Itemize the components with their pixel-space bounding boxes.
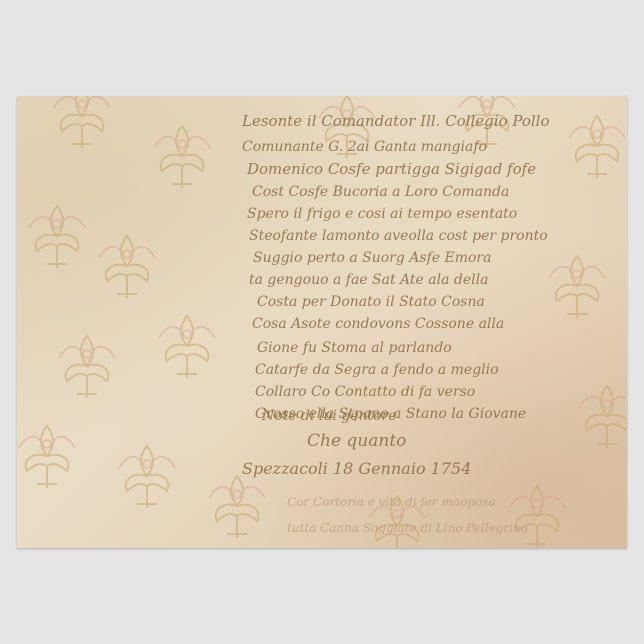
script-line: Cor Cortoria e vita di fer maoposa [287,495,495,509]
script-line: ta gengouo a fae Sat Ate ala della [249,272,488,288]
script-line: Domenico Cosfe partigga Sigigad fofe [246,160,536,178]
script-line: Cost Cosfe Bucoria a Loro Comanda [252,184,509,200]
vintage-paper-sheet: Lesonte il Comandator Ill. Collegio Poll… [17,96,627,548]
script-line: tutta Canna Soggiate di Lino Pellegrino [287,521,528,535]
script-line: Catarfe da Segra a fendo a meglio [255,362,499,378]
script-line: Costa per Donato il Stato Cosna [257,294,485,310]
handwritten-script: Lesonte il Comandator Ill. Collegio Poll… [17,96,627,548]
script-line: Steofante lamonto aveolla cost per pront… [249,228,548,244]
script-line: Collaro Co Contatto di fa verso [255,384,475,400]
script-line: Spezzacoli 18 Gennaio 1754 [242,459,471,478]
script-line: Che quanto [307,431,406,451]
script-line: Note di lui gentore [261,408,397,424]
script-line: Suggio perto a Suorg Asfe Emora [253,250,491,266]
script-line: Spero il frigo e cosi ai tempo esentato [247,206,517,222]
script-line: Lesonte il Comandator Ill. Collegio Poll… [241,112,550,130]
script-line: Comunante G. 2ai Ganta mangiafo [242,139,487,155]
script-line: Cosa Asote condovons Cossone alla [252,316,504,332]
script-line: Gione fu Stoma al parlando [257,340,452,356]
